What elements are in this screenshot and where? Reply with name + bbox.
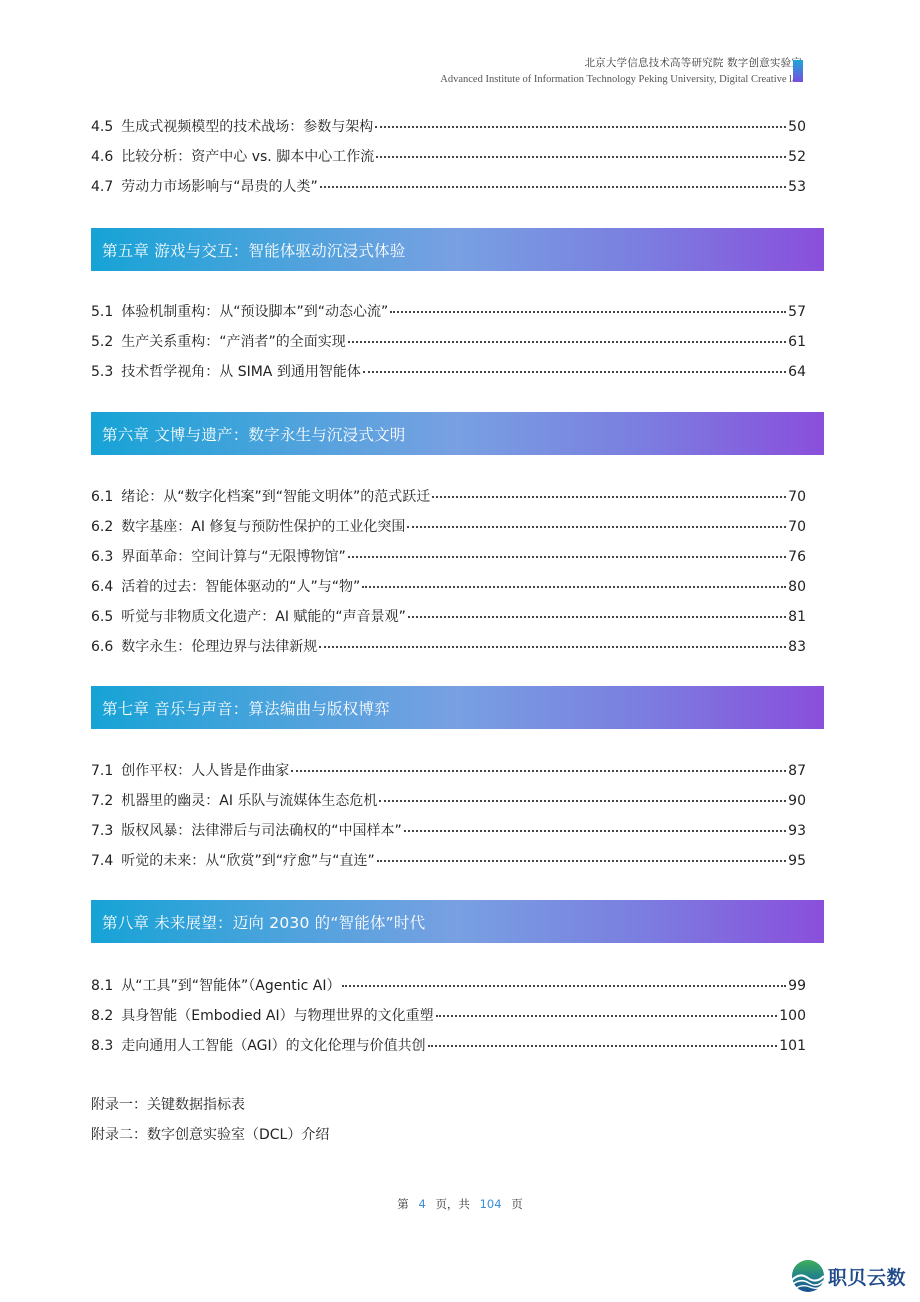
toc-entry[interactable]: 6.4 活着的过去：智能体驱动的“人”与“物” 80 xyxy=(91,577,806,607)
toc-entry-title: 机器里的幽灵：AI 乐队与流媒体生态危机 xyxy=(121,791,377,811)
toc-leader-dots xyxy=(376,148,786,158)
toc-entry[interactable]: 4.7 劳动力市场影响与“昂贵的人类” 53 xyxy=(91,177,806,207)
toc-entry-page: 87 xyxy=(788,761,806,781)
toc-entry-number: 5.3 xyxy=(91,362,113,382)
toc-entry-number: 4.5 xyxy=(91,117,113,137)
chapter-banner-5[interactable]: 第五章 游戏与交互：智能体驱动沉浸式体验 xyxy=(91,228,824,271)
chapter-title: 第七章 音乐与声音：算法编曲与版权博弈 xyxy=(102,697,390,719)
toc-leader-dots xyxy=(432,488,786,498)
institute-name-en: Advanced Institute of Information Techno… xyxy=(440,72,802,87)
toc-entry[interactable]: 5.3 技术哲学视角：从 SIMA 到通用智能体 64 xyxy=(91,362,806,392)
toc-leader-dots xyxy=(390,303,786,313)
toc-entry-number: 7.2 xyxy=(91,791,113,811)
toc-entry-page: 64 xyxy=(788,362,806,382)
footer-prefix: 第 xyxy=(397,1197,409,1211)
toc-entry-title: 生成式视频模型的技术战场：参数与架构 xyxy=(121,117,373,137)
toc-entry-number: 4.7 xyxy=(91,177,113,197)
toc-entry-page: 100 xyxy=(779,1006,806,1026)
toc-entry-title: 听觉的未来：从“欣赏”到“疗愈”与“直连” xyxy=(121,851,375,871)
toc-leader-dots xyxy=(407,518,786,528)
chapter-banner-6[interactable]: 第六章 文博与遗产：数字永生与沉浸式文明 xyxy=(91,412,824,455)
toc-leader-dots xyxy=(408,608,786,618)
chapter-title: 第五章 游戏与交互：智能体驱动沉浸式体验 xyxy=(102,239,405,261)
toc-entry-number: 7.3 xyxy=(91,821,113,841)
toc-entry-page: 50 xyxy=(788,117,806,137)
toc-entry-number: 6.1 xyxy=(91,487,113,507)
toc-leader-dots xyxy=(428,1037,778,1047)
toc-entry-title: 比较分析：资产中心 vs. 脚本中心工作流 xyxy=(121,147,374,167)
toc-entry-page: 70 xyxy=(788,487,806,507)
toc-entry[interactable]: 6.1 绪论：从“数字化档案”到“智能文明体”的范式跃迁 70 xyxy=(91,487,806,517)
toc-entry[interactable]: 5.2 生产关系重构：“产消者”的全面实现 61 xyxy=(91,332,806,362)
toc-entry-title: 数字永生：伦理边界与法律新规 xyxy=(121,637,317,657)
toc-leader-dots xyxy=(377,852,786,862)
toc-leader-dots xyxy=(379,792,786,802)
toc-entry[interactable]: 6.3 界面革命：空间计算与“无限博物馆” 76 xyxy=(91,547,806,577)
toc-entry[interactable]: 8.2 具身智能（Embodied AI）与物理世界的文化重塑 100 xyxy=(91,1006,806,1036)
toc-leader-dots xyxy=(348,548,786,558)
chapter-title: 第六章 文博与遗产：数字永生与沉浸式文明 xyxy=(102,423,405,445)
toc-chapter8-entries: 8.1 从“工具”到“智能体”（Agentic AI） 99 8.2 具身智能（… xyxy=(91,976,806,1066)
toc-entry-number: 6.6 xyxy=(91,637,113,657)
watermark-text: 职贝云数 xyxy=(828,1263,906,1290)
toc-leader-dots xyxy=(348,333,786,343)
toc-entry[interactable]: 6.5 听觉与非物质文化遗产：AI 赋能的“声音景观” 81 xyxy=(91,607,806,637)
header-accent-bar xyxy=(793,60,803,82)
toc-entry-number: 7.4 xyxy=(91,851,113,871)
chapter-banner-8[interactable]: 第八章 未来展望：迈向 2030 的“智能体”时代 xyxy=(91,900,824,943)
toc-entry-page: 95 xyxy=(788,851,806,871)
appendix-list: 附录一：关键数据指标表 附录二：数字创意实验室（DCL）介绍 xyxy=(91,1095,329,1155)
wave-globe-logo-icon xyxy=(790,1258,826,1294)
toc-entry-title: 绪论：从“数字化档案”到“智能文明体”的范式跃迁 xyxy=(121,487,430,507)
toc-entry-page: 81 xyxy=(788,607,806,627)
toc-entry-title: 技术哲学视角：从 SIMA 到通用智能体 xyxy=(121,362,361,382)
total-page-count: 104 xyxy=(480,1197,502,1211)
toc-entry-number: 4.6 xyxy=(91,147,113,167)
toc-entry-page: 93 xyxy=(788,821,806,841)
toc-entry-page: 61 xyxy=(788,332,806,352)
toc-entry-title: 走向通用人工智能（AGI）的文化伦理与价值共创 xyxy=(121,1036,425,1056)
toc-entry-page: 99 xyxy=(788,976,806,996)
toc-entry[interactable]: 6.6 数字永生：伦理边界与法律新规 83 xyxy=(91,637,806,667)
watermark: 职贝云数 xyxy=(790,1258,906,1294)
toc-entry-page: 70 xyxy=(788,517,806,537)
toc-entry-number: 8.1 xyxy=(91,976,113,996)
toc-chapter7-entries: 7.1 创作平权：人人皆是作曲家 87 7.2 机器里的幽灵：AI 乐队与流媒体… xyxy=(91,761,806,881)
institute-name-cn: 北京大学信息技术高等研究院 数字创意实验室 xyxy=(440,56,802,70)
toc-leader-dots xyxy=(375,118,786,128)
page-header: 北京大学信息技术高等研究院 数字创意实验室 Advanced Institute… xyxy=(440,56,802,87)
toc-entry-number: 7.1 xyxy=(91,761,113,781)
toc-entry-number: 6.2 xyxy=(91,517,113,537)
toc-entry-number: 6.4 xyxy=(91,577,113,597)
appendix-item-1[interactable]: 附录一：关键数据指标表 xyxy=(91,1095,329,1125)
toc-entry-title: 版权风暴：法律滞后与司法确权的“中国样本” xyxy=(121,821,402,841)
toc-chapter4-entries: 4.5 生成式视频模型的技术战场：参数与架构 50 4.6 比较分析：资产中心 … xyxy=(91,117,806,207)
footer-suffix: 页 xyxy=(511,1197,523,1211)
toc-chapter6-entries: 6.1 绪论：从“数字化档案”到“智能文明体”的范式跃迁 70 6.2 数字基座… xyxy=(91,487,806,667)
toc-entry-page: 76 xyxy=(788,547,806,567)
toc-entry-title: 生产关系重构：“产消者”的全面实现 xyxy=(121,332,346,352)
toc-entry[interactable]: 4.6 比较分析：资产中心 vs. 脚本中心工作流 52 xyxy=(91,147,806,177)
toc-entry[interactable]: 8.3 走向通用人工智能（AGI）的文化伦理与价值共创 101 xyxy=(91,1036,806,1066)
footer-mid: 页，共 xyxy=(435,1197,470,1211)
toc-leader-dots xyxy=(320,178,786,188)
toc-entry[interactable]: 6.2 数字基座：AI 修复与预防性保护的工业化突围 70 xyxy=(91,517,806,547)
toc-leader-dots xyxy=(436,1007,778,1017)
toc-leader-dots xyxy=(319,638,786,648)
toc-entry[interactable]: 5.1 体验机制重构：从“预设脚本”到“动态心流” 57 xyxy=(91,302,806,332)
toc-entry-number: 5.2 xyxy=(91,332,113,352)
page-footer: 第 4 页，共 104 页 xyxy=(0,1196,920,1212)
toc-leader-dots xyxy=(363,363,786,373)
toc-chapter5-entries: 5.1 体验机制重构：从“预设脚本”到“动态心流” 57 5.2 生产关系重构：… xyxy=(91,302,806,392)
toc-entry-title: 数字基座：AI 修复与预防性保护的工业化突围 xyxy=(121,517,405,537)
toc-entry-page: 52 xyxy=(788,147,806,167)
toc-leader-dots xyxy=(291,762,786,772)
toc-leader-dots xyxy=(342,977,786,987)
toc-entry-title: 创作平权：人人皆是作曲家 xyxy=(121,761,289,781)
toc-entry[interactable]: 7.4 听觉的未来：从“欣赏”到“疗愈”与“直连” 95 xyxy=(91,851,806,881)
toc-entry-page: 83 xyxy=(788,637,806,657)
toc-entry-title: 界面革命：空间计算与“无限博物馆” xyxy=(121,547,346,567)
toc-entry-title: 劳动力市场影响与“昂贵的人类” xyxy=(121,177,318,197)
toc-entry-number: 6.5 xyxy=(91,607,113,627)
toc-entry-title: 听觉与非物质文化遗产：AI 赋能的“声音景观” xyxy=(121,607,406,627)
toc-entry[interactable]: 7.2 机器里的幽灵：AI 乐队与流媒体生态危机 90 xyxy=(91,791,806,821)
toc-entry[interactable]: 7.3 版权风暴：法律滞后与司法确权的“中国样本” 93 xyxy=(91,821,806,851)
toc-entry-number: 8.3 xyxy=(91,1036,113,1056)
toc-entry-number: 5.1 xyxy=(91,302,113,322)
toc-entry-title: 体验机制重构：从“预设脚本”到“动态心流” xyxy=(121,302,388,322)
toc-entry-title: 活着的过去：智能体驱动的“人”与“物” xyxy=(121,577,360,597)
appendix-item-2[interactable]: 附录二：数字创意实验室（DCL）介绍 xyxy=(91,1125,329,1155)
toc-entry-page: 57 xyxy=(788,302,806,322)
toc-entry[interactable]: 8.1 从“工具”到“智能体”（Agentic AI） 99 xyxy=(91,976,806,1006)
toc-leader-dots xyxy=(404,822,786,832)
toc-entry-title: 具身智能（Embodied AI）与物理世界的文化重塑 xyxy=(121,1006,433,1026)
toc-entry[interactable]: 4.5 生成式视频模型的技术战场：参数与架构 50 xyxy=(91,117,806,147)
toc-entry[interactable]: 7.1 创作平权：人人皆是作曲家 87 xyxy=(91,761,806,791)
toc-leader-dots xyxy=(362,578,786,588)
chapter-banner-7[interactable]: 第七章 音乐与声音：算法编曲与版权博弈 xyxy=(91,686,824,729)
toc-entry-page: 80 xyxy=(788,577,806,597)
toc-entry-page: 101 xyxy=(779,1036,806,1056)
chapter-title: 第八章 未来展望：迈向 2030 的“智能体”时代 xyxy=(102,911,425,933)
toc-entry-page: 53 xyxy=(788,177,806,197)
toc-entry-number: 6.3 xyxy=(91,547,113,567)
toc-entry-title: 从“工具”到“智能体”（Agentic AI） xyxy=(121,976,340,996)
toc-entry-number: 8.2 xyxy=(91,1006,113,1026)
toc-entry-page: 90 xyxy=(788,791,806,811)
current-page-number: 4 xyxy=(418,1197,425,1211)
